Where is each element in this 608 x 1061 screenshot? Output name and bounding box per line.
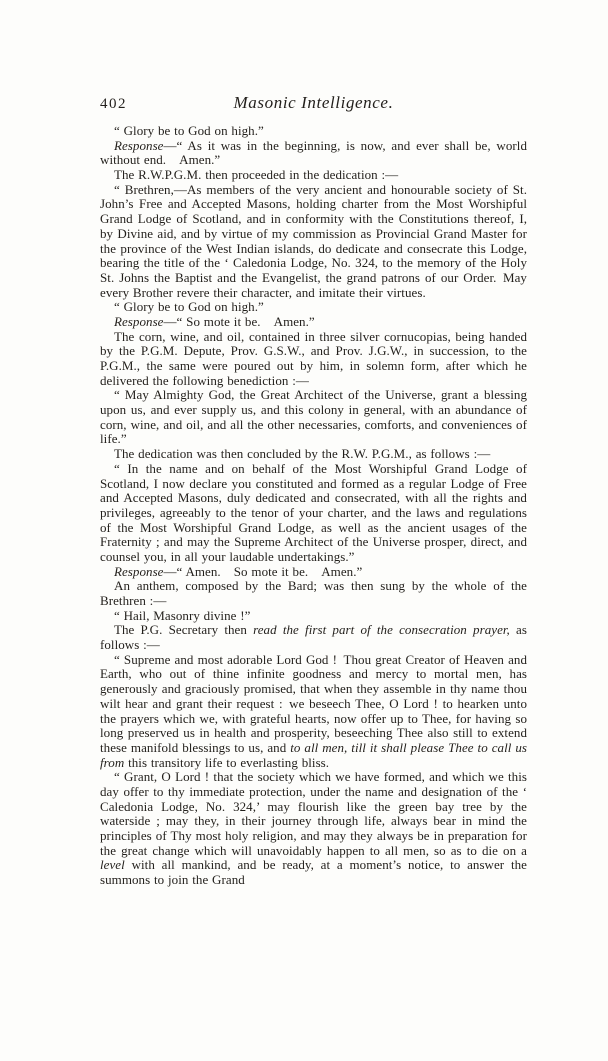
paragraph: Response—“ So mote it be. Amen.” <box>100 315 527 330</box>
text-segment: The dedication was then concluded by the… <box>114 446 490 461</box>
text-segment-italic: level <box>100 857 125 872</box>
paragraph: “ Brethren,—As members of the very ancie… <box>100 183 527 301</box>
text-segment: “ Glory be to God on high.” <box>114 299 264 314</box>
text-segment: An anthem, composed by the Bard; was the… <box>100 578 527 608</box>
paragraph: “ Hail, Masonry divine !” <box>100 609 527 624</box>
page-header: 402 Masonic Intelligence. <box>100 93 527 115</box>
text-segment: this transitory life to everlasting blis… <box>124 755 329 770</box>
text-segment: The P.G. Secretary then <box>114 622 253 637</box>
running-title: Masonic Intelligence. <box>100 93 527 113</box>
page-number: 402 <box>100 96 127 113</box>
paragraph: The corn, wine, and oil, contained in th… <box>100 330 527 389</box>
text-segment: “ Grant, O Lord ! that the society which… <box>100 769 527 857</box>
paragraph: “ May Almighty God, the Great Architect … <box>100 388 527 447</box>
paragraph: The R.W.P.G.M. then proceeded in the ded… <box>100 168 527 183</box>
scanned-book-page: 402 Masonic Intelligence. “ Glory be to … <box>0 0 608 1061</box>
page-body: “ Glory be to God on high.”Response—“ As… <box>100 124 527 888</box>
paragraph: The P.G. Secretary then read the first p… <box>100 623 527 652</box>
paragraph: “ Glory be to God on high.” <box>100 124 527 139</box>
text-segment: “ May Almighty God, the Great Architect … <box>100 387 527 446</box>
text-segment: The corn, wine, and oil, contained in th… <box>100 329 527 388</box>
text-segment: —“ So mote it be. Amen.” <box>164 314 315 329</box>
text-segment-italic: Response <box>114 564 164 579</box>
text-segment-italic: read the first part of the consecration … <box>253 622 510 637</box>
text-segment-italic: Response <box>114 314 164 329</box>
paragraph: “ Glory be to God on high.” <box>100 300 527 315</box>
paragraph: “ Grant, O Lord ! that the society which… <box>100 770 527 888</box>
text-segment: —“ Amen. So mote it be. Amen.” <box>164 564 363 579</box>
text-segment-italic: Response <box>114 138 164 153</box>
text-segment: “ Hail, Masonry divine !” <box>114 608 250 623</box>
paragraph: Response—“ Amen. So mote it be. Amen.” <box>100 565 527 580</box>
text-segment: “ Brethren,—As members of the very ancie… <box>100 182 527 300</box>
paragraph: The dedication was then concluded by the… <box>100 447 527 462</box>
paragraph: “ In the name and on behalf of the Most … <box>100 462 527 565</box>
text-segment: —“ As it was in the beginning, is now, a… <box>100 138 527 168</box>
text-segment: “ Glory be to God on high.” <box>114 123 264 138</box>
text-segment: “ In the name and on behalf of the Most … <box>100 461 527 564</box>
paragraph: “ Supreme and most adorable Lord God ! T… <box>100 653 527 771</box>
text-segment: with all mankind, and be ready, at a mom… <box>100 857 527 887</box>
paragraph: Response—“ As it was in the beginning, i… <box>100 139 527 168</box>
paragraph: An anthem, composed by the Bard; was the… <box>100 579 527 608</box>
text-segment: The R.W.P.G.M. then proceeded in the ded… <box>114 167 398 182</box>
